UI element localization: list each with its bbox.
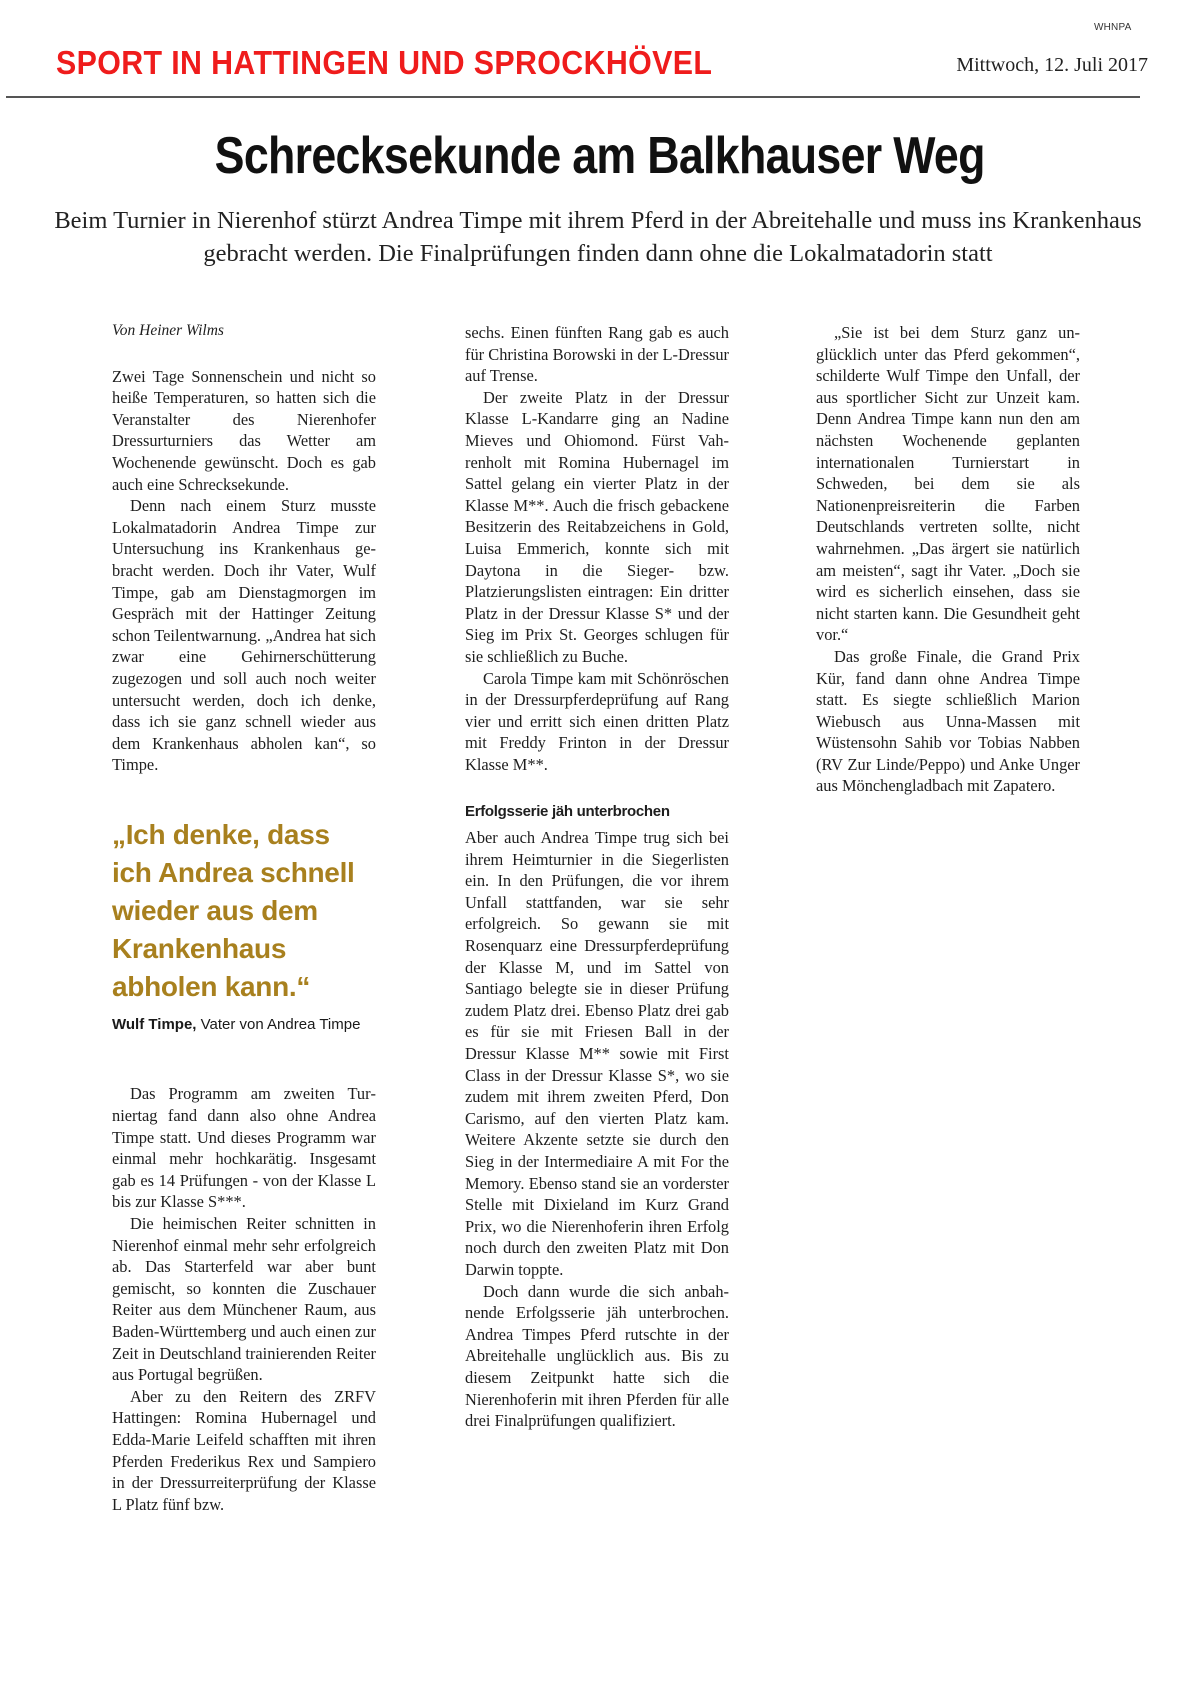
headline-text: Schrecksekunde am Balkhauser Weg xyxy=(215,126,985,186)
pullquote: „Ich denke, dass ich Andrea schnell wied… xyxy=(112,816,376,1006)
paragraph: Doch dann wurde die sich anbah­nende Erf… xyxy=(465,1281,729,1432)
section-title: SPORT IN HATTINGEN UND SPROCKHÖVEL xyxy=(56,44,712,82)
paragraph: Denn nach einem Sturz musste Lokalmatado… xyxy=(112,495,376,776)
header-divider xyxy=(6,96,1140,98)
paragraph: Der zweite Platz in der Dressur Klasse L… xyxy=(465,387,729,668)
column-3: „Sie ist bei dem Sturz ganz un­glücklich… xyxy=(816,322,1080,797)
subheading: Erfolgsserie jäh unterbrochen xyxy=(465,801,729,823)
quote-speaker-role: Vater von Andrea Timpe xyxy=(201,1016,361,1033)
paragraph: Aber auch Andrea Timpe trug sich bei ihr… xyxy=(465,827,729,1280)
quote-attribution: Wulf Timpe, Vater von Andrea Timpe xyxy=(112,1014,376,1036)
paragraph: Aber zu den Reitern des ZRFV Hattingen: … xyxy=(112,1386,376,1516)
paragraph: Die heimischen Reiter schnitten in Niere… xyxy=(112,1213,376,1386)
paragraph: „Sie ist bei dem Sturz ganz un­glücklich… xyxy=(816,322,1080,646)
byline: Von Heiner Wilms xyxy=(112,320,376,342)
paragraph: sechs. Einen fünften Rang gab es auch fü… xyxy=(465,322,729,387)
subhead: Beim Turnier in Nierenhof stürzt Andrea … xyxy=(24,204,1172,270)
source-tag: WHNPA xyxy=(1094,22,1131,33)
headline: Schrecksekunde am Balkhauser Weg xyxy=(0,126,1200,186)
column-1: Von Heiner Wilms Zwei Tage Sonnenschein … xyxy=(112,322,376,1515)
paragraph: Das Programm am zweiten Tur­niertag fand… xyxy=(112,1083,376,1213)
quote-speaker: Wulf Timpe, xyxy=(112,1016,196,1033)
paragraph: Zwei Tage Sonnenschein und nicht so heiß… xyxy=(112,366,376,496)
paragraph: Carola Timpe kam mit Schönrös­chen in de… xyxy=(465,668,729,776)
column-2: sechs. Einen fünften Rang gab es auch fü… xyxy=(465,322,729,1432)
paragraph: Das große Finale, die Grand Prix Kür, fa… xyxy=(816,646,1080,797)
issue-date: Mittwoch, 12. Juli 2017 xyxy=(956,54,1148,77)
